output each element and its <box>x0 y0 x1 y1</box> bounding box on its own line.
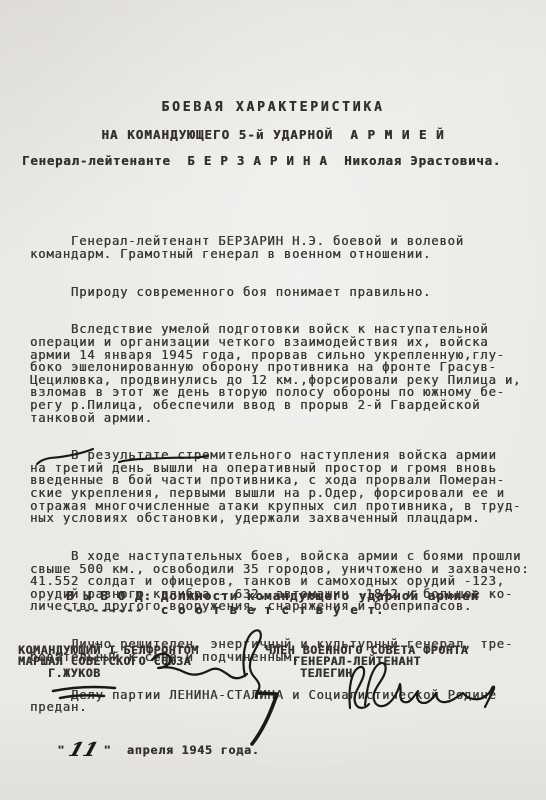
conclusion-block: В Ы В О Д: Должности командующего ударно… <box>66 562 479 643</box>
date-quote-close-mark: " <box>103 743 111 757</box>
paragraph-oder-breakthrough: В результате стремительного наступления … <box>30 449 529 525</box>
scanned-document-page: БОЕВАЯ ХАРАКТЕРИСТИКА НА КОМАНДУЮЩЕГО 5-… <box>0 0 546 800</box>
document-title-line-3: Генерал-лейтенанте Б Е Р З А Р И Н А Ник… <box>22 153 501 168</box>
paragraph-commander-quality: Генерал-лейтенант БЕРЗАРИН Н.Э. боевой и… <box>30 235 529 260</box>
date-quote-open-mark: " <box>57 743 65 757</box>
zhukov-name: Г.ЖУКОВ <box>48 666 101 680</box>
conclusion-text: В Ы В О Д: Должности командующего ударно… <box>66 589 479 616</box>
document-title-line-2: НА КОМАНДУЮЩЕГО 5-й УДАРНОЙ А Р М И Е Й <box>0 127 546 142</box>
paragraph-party-loyalty: Делу партии ЛЕНИНА-СТАЛИНА и Социалистич… <box>30 689 529 714</box>
marshal-title-line: МАРШАЛ СОВЕТСКОГО СОЮЗА <box>18 654 191 668</box>
paragraph-january-offensive: Вследствие умелой подготовки войск к нас… <box>30 323 529 424</box>
paragraph-modern-combat: Природу современного боя понимает правил… <box>30 286 529 299</box>
document-title-line-1: БОЕВАЯ ХАРАКТЕРИСТИКА <box>0 100 546 115</box>
telegin-name: ТЕЛЕГИН <box>300 666 353 680</box>
handwritten-day: 11 <box>67 744 99 756</box>
date-line: "11" апреля 1945 года. <box>26 728 260 771</box>
date-text: апреля 1945 года. <box>127 743 260 757</box>
